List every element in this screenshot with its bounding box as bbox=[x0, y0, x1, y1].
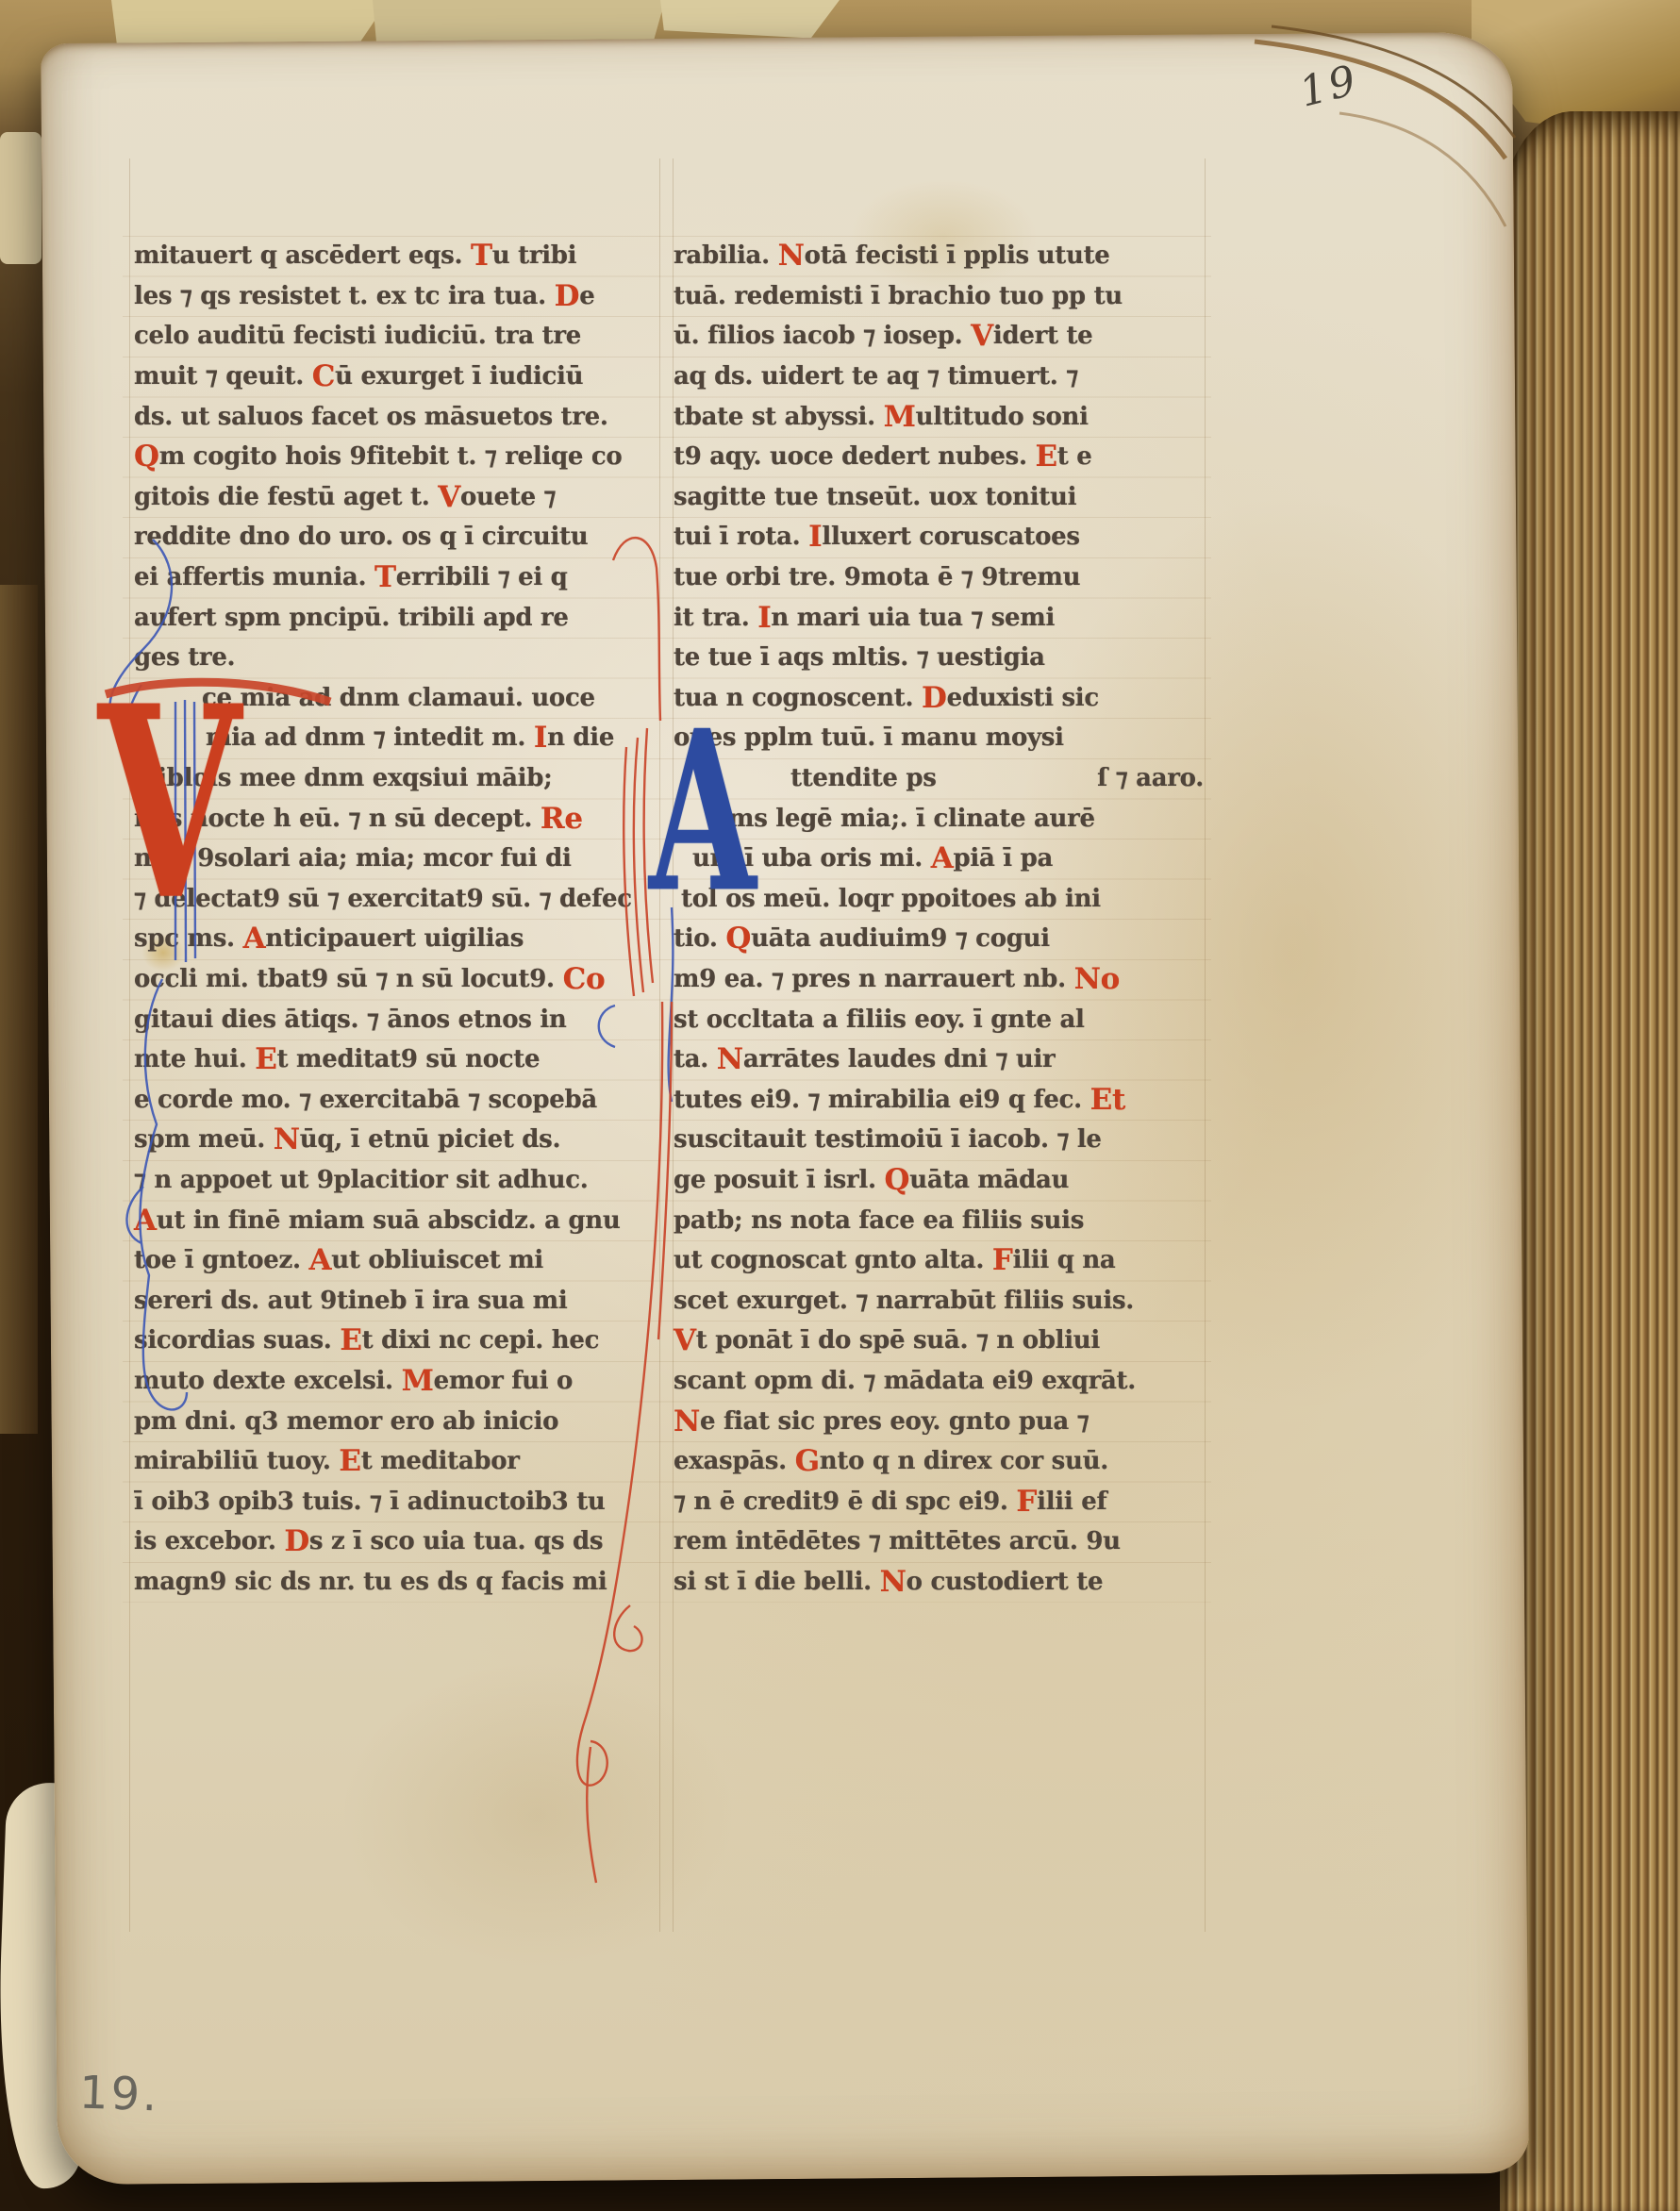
ink-text: ut cognoscat gnto alta. bbox=[674, 1246, 992, 1274]
rubric-text: D bbox=[922, 681, 947, 715]
rubric-text: E bbox=[255, 1042, 276, 1076]
ink-text: reddite dno do uro. os q ī circuitu bbox=[134, 523, 588, 551]
manuscript-line: it tra. In mari uia tua ⁊ semi bbox=[674, 597, 1204, 638]
manuscript-line: ut cognoscat gnto alta. Filii q na bbox=[674, 1240, 1204, 1281]
ruling-vertical bbox=[129, 158, 130, 1932]
manuscript-line: mte hui. Et meditat9 sū nocte bbox=[134, 1039, 664, 1080]
ink-text: t e bbox=[1057, 442, 1092, 471]
ink-text: gitaui dies ātiqs. ⁊ ānos etnos in bbox=[134, 1006, 567, 1034]
ink-text: aufert spm pncipū. tribili apd re bbox=[134, 604, 569, 632]
manuscript-line: Vt ponāt ī do spē suā. ⁊ n obliui bbox=[674, 1321, 1204, 1361]
manuscript-line: is excebor. Ds z ī sco uia tua. qs ds bbox=[134, 1521, 664, 1562]
manuscript-line: patb; ns nota face ea filiis suis bbox=[674, 1200, 1204, 1240]
rubric-text: Q bbox=[885, 1163, 910, 1197]
rubric-text: V bbox=[438, 480, 460, 514]
ink-text: spm meū. bbox=[134, 1125, 274, 1154]
ink-text: ge posuit ī isrl. bbox=[674, 1166, 885, 1194]
ink-text: uāta audiuim9 ⁊ cogui bbox=[751, 924, 1050, 953]
ink-text: st occltata a filiis eoy. ī gnte al bbox=[674, 1006, 1085, 1034]
manuscript-line: tutes ei9. ⁊ mirabilia ei9 q fec. Et bbox=[674, 1079, 1204, 1120]
ink-text: n die bbox=[547, 723, 614, 752]
manuscript-line: te tue ī aqs mltis. ⁊ uestigia bbox=[674, 638, 1204, 678]
ink-text: m cogito hois 9fitebit t. ⁊ reliqe co bbox=[159, 442, 623, 471]
rubric-text: T bbox=[471, 239, 492, 273]
manuscript-line: ei affertis munia. Terribili ⁊ ei q bbox=[134, 557, 664, 598]
initial-v: V bbox=[98, 672, 241, 936]
rubric-text: G bbox=[795, 1444, 820, 1478]
manuscript-line: magn9 sic ds nr. tu es ds q facis mi bbox=[134, 1562, 664, 1603]
ink-text: aq ds. uidert te aq ⁊ timuert. ⁊ bbox=[674, 362, 1078, 391]
ink-text: erribili ⁊ ei q bbox=[396, 563, 568, 591]
rubric-text: T bbox=[374, 560, 396, 594]
ink-text: ttendite ps bbox=[790, 764, 937, 792]
ink-text: lluxert coruscatoes bbox=[822, 523, 1079, 551]
rubric-text: A bbox=[931, 841, 954, 875]
rubric-text: C bbox=[312, 359, 335, 393]
ink-text: toe ī gntoez. bbox=[134, 1246, 309, 1274]
rubric-text: E bbox=[1035, 440, 1056, 474]
manuscript-line: toe ī gntoez. Aut obliuiscet mi bbox=[134, 1240, 664, 1281]
ink-text: sagitte tue tnseūt. uox tonitui bbox=[674, 483, 1076, 511]
ink-text: ūq, ī etnū piciet ds. bbox=[300, 1125, 560, 1154]
ink-text: celo auditū fecisti iudiciū. tra tre bbox=[134, 322, 581, 350]
rubric-text: A bbox=[309, 1243, 332, 1277]
ink-text: otā fecisti ī pplis utute bbox=[805, 241, 1110, 270]
manuscript-line: rem intēdētes ⁊ mittētes arcū. 9u bbox=[674, 1521, 1204, 1562]
manuscript-line: ⁊ n ē credit9 ē di spc ei9. Filii ef bbox=[674, 1481, 1204, 1521]
rubric-text: A bbox=[243, 922, 266, 956]
ink-text: t9 aqy. uoce dedert nubes. bbox=[674, 442, 1035, 471]
ink-text: u tribi bbox=[492, 241, 577, 270]
manuscript-line: tuā. redemisti ī brachio tuo pp tu bbox=[674, 276, 1204, 317]
rubric-text: Et bbox=[1090, 1083, 1125, 1117]
rubric-text: N bbox=[717, 1042, 743, 1076]
ink-text: uāta mādau bbox=[909, 1166, 1069, 1194]
ink-text: exaspās. bbox=[674, 1447, 795, 1475]
rubric-text: Q bbox=[134, 440, 159, 474]
manuscript-line: mitauert q ascēdert eqs. Tu tribi bbox=[134, 236, 664, 276]
manuscript-line: Ne fiat sic pres eoy. gnto pua ⁊ bbox=[674, 1401, 1204, 1441]
rubric-text: D bbox=[555, 279, 580, 313]
manuscript-line: celo auditū fecisti iudiciū. tra tre bbox=[134, 316, 664, 357]
manuscript-line: sagitte tue tnseūt. uox tonitui bbox=[674, 477, 1204, 518]
ink-text: it tra. bbox=[674, 604, 757, 632]
rubric-text: V bbox=[674, 1323, 696, 1357]
ink-text: ī oib3 opib3 tuis. ⁊ ī adinuctoib3 tu bbox=[134, 1488, 606, 1516]
ink-text: ta. bbox=[674, 1045, 717, 1073]
rubric-text: D bbox=[284, 1524, 309, 1558]
manuscript-line: les ⁊ qs resistet t. ex tc ira tua. De bbox=[134, 276, 664, 317]
ink-text: ultitudo soni bbox=[916, 403, 1089, 431]
ink-text: ut in finē miam suā abscidz. a gnu bbox=[157, 1206, 621, 1235]
manuscript-line: gitaui dies ātiqs. ⁊ ānos etnos in bbox=[134, 999, 664, 1039]
manuscript-line: st occltata a filiis eoy. ī gnte al bbox=[674, 999, 1204, 1039]
ink-text: mia ad dnm ⁊ intedit m. bbox=[206, 723, 534, 752]
ink-text: mitauert q ascēdert eqs. bbox=[134, 241, 471, 270]
rubric-text: E bbox=[340, 1323, 361, 1357]
ink-text: ei affertis munia. bbox=[134, 563, 374, 591]
manuscript-line: mirabiliū tuoy. Et meditabor bbox=[134, 1441, 664, 1482]
ink-text: ilii ef bbox=[1037, 1488, 1106, 1516]
ink-text: les ⁊ qs resistet t. ex tc ira tua. bbox=[134, 282, 555, 310]
rubric-text: N bbox=[674, 1405, 700, 1438]
ink-text: ms legē mia;. ī clinate aurē bbox=[728, 805, 1095, 833]
manuscript-line: gitois die festū aget t. Vouete ⁊ bbox=[134, 477, 664, 518]
ink-text: muit ⁊ qeuit. bbox=[134, 362, 312, 391]
manuscript-line: tue orbi tre. 9mota ē ⁊ 9tremu bbox=[674, 557, 1204, 598]
ink-text: muto dexte excelsi. bbox=[134, 1367, 402, 1395]
rubric-text: Re bbox=[541, 802, 583, 836]
ink-text: si st ī die belli. bbox=[674, 1568, 880, 1596]
ink-text: mte hui. bbox=[134, 1045, 255, 1073]
ink-text: n mari uia tua ⁊ semi bbox=[771, 604, 1055, 632]
manuscript-line: rabilia. Notā fecisti ī pplis utute bbox=[674, 236, 1204, 276]
ink-text: idert te bbox=[993, 322, 1093, 350]
rubric-text: I bbox=[534, 721, 547, 755]
manuscript-line: aufert spm pncipū. tribili apd re bbox=[134, 597, 664, 638]
manuscript-line: spm meū. Nūq, ī etnū piciet ds. bbox=[134, 1120, 664, 1160]
rubric-text: N bbox=[880, 1565, 907, 1599]
ink-text: ouete ⁊ bbox=[460, 483, 556, 511]
ink-text: ū exurget ī iudiciū bbox=[335, 362, 583, 391]
manuscript-line: aq ds. uidert te aq ⁊ timuert. ⁊ bbox=[674, 357, 1204, 397]
ink-text: tutes ei9. ⁊ mirabilia ei9 q fec. bbox=[674, 1086, 1090, 1114]
ink-text: tue orbi tre. 9mota ē ⁊ 9tremu bbox=[674, 563, 1080, 591]
manuscript-line: ge posuit ī isrl. Quāta mādau bbox=[674, 1160, 1204, 1201]
rubric-text: F bbox=[1016, 1485, 1037, 1519]
ink-text: ſ ⁊ aaro. bbox=[1097, 764, 1204, 792]
ink-text: occli mi. tbat9 sū ⁊ n sū locut9. bbox=[134, 965, 563, 993]
ink-text: t dixi nc cepi. hec bbox=[362, 1326, 599, 1355]
manuscript-line: occli mi. tbat9 sū ⁊ n sū locut9. Co bbox=[134, 959, 664, 1000]
manuscript-line: Qm cogito hois 9fitebit t. ⁊ reliqe co bbox=[134, 437, 664, 477]
manuscript-line: scant opm di. ⁊ mādata ei9 exqrāt. bbox=[674, 1361, 1204, 1402]
manuscript-line: exaspās. Gnto q n direx cor suū. bbox=[674, 1441, 1204, 1482]
manuscript-line: scet exurget. ⁊ narrabūt filiis suis. bbox=[674, 1280, 1204, 1321]
manuscript-line: muto dexte excelsi. Memor fui o bbox=[134, 1361, 664, 1402]
ink-text: nto q n direx cor suū. bbox=[820, 1447, 1108, 1475]
ink-text: mirabiliū tuoy. bbox=[134, 1447, 339, 1475]
ink-text: te tue ī aqs mltis. ⁊ uestigia bbox=[674, 643, 1045, 672]
manuscript-line: reddite dno do uro. os q ī circuitu bbox=[134, 517, 664, 557]
ink-text: pm dni. q3 memor ero ab inicio bbox=[134, 1407, 558, 1436]
ink-text: sereri ds. aut 9tineb ī ira sua mi bbox=[134, 1287, 567, 1315]
ink-text: rem intēdētes ⁊ mittētes arcū. 9u bbox=[674, 1527, 1121, 1555]
rubric-text: A bbox=[134, 1204, 157, 1238]
rubric-text: F bbox=[992, 1243, 1013, 1277]
book-fore-edge bbox=[1500, 111, 1680, 2211]
manuscript-line: muit ⁊ qeuit. Cū exurget ī iudiciū bbox=[134, 357, 664, 397]
initial-a: A bbox=[649, 702, 757, 923]
ink-text: arrātes laudes dni ⁊ uir bbox=[743, 1045, 1056, 1073]
ink-text: ū. filios iacob ⁊ iosep. bbox=[674, 322, 971, 350]
ink-text: t meditat9 sū nocte bbox=[277, 1045, 541, 1073]
ink-text: nticipauert uigilias bbox=[265, 924, 524, 953]
rubric-text: E bbox=[339, 1444, 360, 1478]
ink-text: suscitauit testimoiū ī iacob. ⁊ le bbox=[674, 1125, 1102, 1154]
manuscript-line: pm dni. q3 memor ero ab inicio bbox=[134, 1401, 664, 1441]
rubric-text: N bbox=[778, 239, 805, 273]
manuscript-line: ī oib3 opib3 tuis. ⁊ ī adinuctoib3 tu bbox=[134, 1481, 664, 1521]
ink-text: m9 ea. ⁊ pres n narrauert nb. bbox=[674, 965, 1074, 993]
manuscript-line: suscitauit testimoiū ī iacob. ⁊ le bbox=[674, 1120, 1204, 1160]
ink-text: rabilia. bbox=[674, 241, 778, 270]
rubric-text: M bbox=[402, 1364, 434, 1398]
ink-text: emor fui o bbox=[434, 1367, 574, 1395]
manuscript-line: sereri ds. aut 9tineb ī ira sua mi bbox=[134, 1280, 664, 1321]
ink-text: ut obliuiscet mi bbox=[331, 1246, 543, 1274]
rubric-text: No bbox=[1074, 962, 1120, 996]
manuscript-line: ⁊ n appoet ut 9placitior sit adhuc. bbox=[134, 1160, 664, 1201]
ink-text: piā ī pa bbox=[954, 844, 1054, 873]
rubric-text: V bbox=[971, 319, 993, 353]
ink-text: s z ī sco uia tua. qs ds bbox=[309, 1527, 603, 1555]
ink-text: scant opm di. ⁊ mādata ei9 exqrāt. bbox=[674, 1367, 1136, 1395]
ink-text: e fiat sic pres eoy. gnto pua ⁊ bbox=[700, 1407, 1089, 1436]
gutter-shadow bbox=[0, 585, 38, 1434]
ink-text: o custodiert te bbox=[907, 1568, 1104, 1596]
ink-text: tui ī rota. bbox=[674, 523, 808, 551]
ink-text: ⁊ n ē credit9 ē di spc ei9. bbox=[674, 1488, 1016, 1516]
ink-text: magn9 sic ds nr. tu es ds q facis mi bbox=[134, 1568, 607, 1596]
ink-text: e bbox=[579, 282, 594, 310]
ink-text: tuā. redemisti ī brachio tuo pp tu bbox=[674, 282, 1123, 310]
manuscript-line: tui ī rota. Illuxert coruscatoes bbox=[674, 517, 1204, 557]
ink-text: eduxisti sic bbox=[947, 684, 1099, 712]
manuscript-line: m9 ea. ⁊ pres n narrauert nb. No bbox=[674, 959, 1204, 1000]
rubric-text: I bbox=[808, 520, 822, 554]
rubric-text: Co bbox=[563, 962, 606, 996]
folio-number-pencil: 19. bbox=[78, 2067, 160, 2122]
ink-text: ilii q na bbox=[1013, 1246, 1116, 1274]
manuscript-line: si st ī die belli. No custodiert te bbox=[674, 1562, 1204, 1603]
ink-text: is excebor. bbox=[134, 1527, 284, 1555]
ink-text: ce mia ad dnm clamaui. uoce bbox=[202, 684, 595, 712]
manuscript-line: e corde mo. ⁊ exercitabā ⁊ scopebā bbox=[134, 1079, 664, 1120]
ink-text: e corde mo. ⁊ exercitabā ⁊ scopebā bbox=[134, 1086, 597, 1114]
ink-text: gitois die festū aget t. bbox=[134, 483, 438, 511]
ink-text: tbate st abyssi. bbox=[674, 403, 884, 431]
manuscript-line: tbate st abyssi. Multitudo soni bbox=[674, 396, 1204, 437]
ink-text: scet exurget. ⁊ narrabūt filiis suis. bbox=[674, 1287, 1134, 1315]
ink-text: ⁊ n appoet ut 9placitior sit adhuc. bbox=[134, 1166, 589, 1194]
ruling-vertical bbox=[1205, 158, 1206, 1932]
manuscript-photo: V A mitauert q ascēdert eqs. Tu tribiles… bbox=[0, 0, 1680, 2211]
ink-text: t ponāt ī do spē suā. ⁊ n obliui bbox=[696, 1326, 1100, 1355]
rubric-text: I bbox=[757, 601, 771, 635]
rubric-text: N bbox=[274, 1122, 300, 1156]
underlying-page-sliver bbox=[0, 132, 42, 264]
ink-text: t meditabor bbox=[361, 1447, 520, 1475]
manuscript-line: ū. filios iacob ⁊ iosep. Vidert te bbox=[674, 316, 1204, 357]
manuscript-line: Aut in finē miam suā abscidz. a gnu bbox=[134, 1200, 664, 1240]
manuscript-line: ta. Narrātes laudes dni ⁊ uir bbox=[674, 1039, 1204, 1080]
ink-text: ds. ut saluos facet os māsuetos tre. bbox=[134, 403, 608, 431]
rubric-text: M bbox=[884, 400, 916, 434]
ink-text: patb; ns nota face ea filiis suis bbox=[674, 1206, 1084, 1235]
manuscript-line: ds. ut saluos facet os māsuetos tre. bbox=[134, 396, 664, 437]
manuscript-line: sicordias suas. Et dixi nc cepi. hec bbox=[134, 1321, 664, 1361]
ink-text: sicordias suas. bbox=[134, 1326, 340, 1355]
manuscript-line: t9 aqy. uoce dedert nubes. Et e bbox=[674, 437, 1204, 477]
